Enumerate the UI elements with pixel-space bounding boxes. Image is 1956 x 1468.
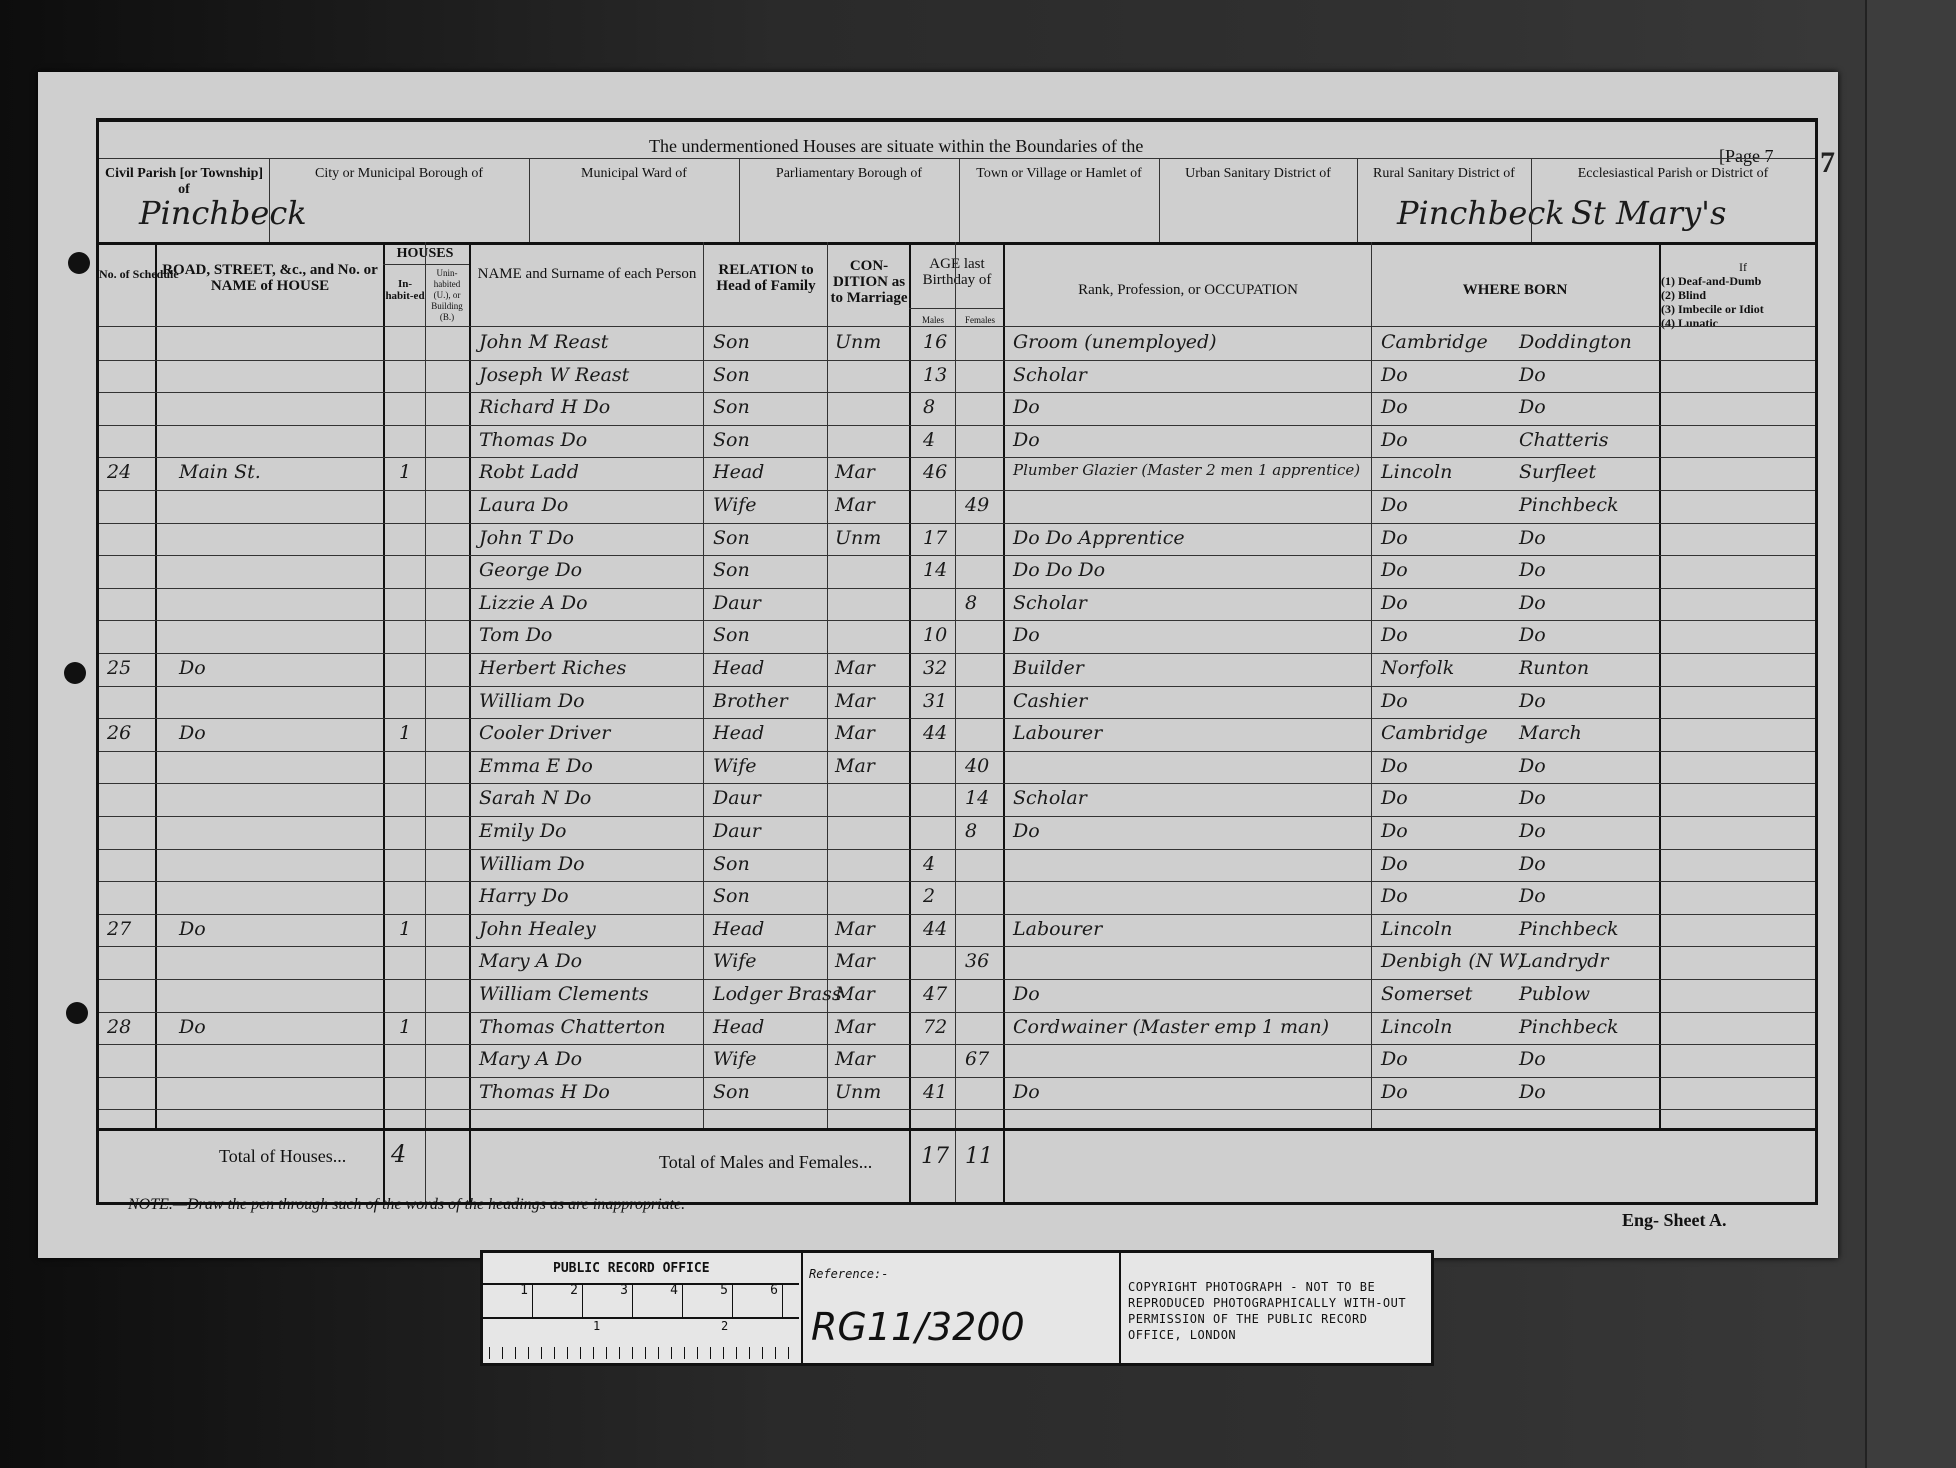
row-condition: Mar [835,461,875,483]
row-relation: Lodger Brass [713,983,842,1005]
table-row: Thomas H DoSonUnm41DoDoDo [99,1078,1815,1108]
row-schedule: 24 [107,461,131,483]
row-schedule: 25 [107,657,131,679]
row-female-age: 36 [965,950,989,972]
total-houses-label: Total of Houses... [219,1146,346,1167]
row-name: Herbert Riches [479,657,626,679]
column-divider [425,1128,426,1202]
table-row: Thomas DoSon4DoDoChatteris [99,426,1815,456]
row-relation: Son [713,429,750,451]
row-relation: Son [713,396,750,418]
row-name: John T Do [479,527,574,549]
row-condition: Mar [835,1048,875,1070]
row-born-county: Do [1381,429,1408,451]
row-relation: Wife [713,1048,757,1070]
divider [383,264,469,265]
col-inhabited: In-habit-ed [385,278,425,302]
divider [99,1128,1815,1131]
row-condition: Unm [835,331,881,353]
ruler-tick [697,1347,698,1359]
row-name: Harry Do [479,885,569,907]
row-born-place: Do [1519,853,1546,875]
col-condition: CON-DITION as to Marriage [829,258,909,306]
row-occupation: Cashier [1013,690,1087,712]
ruler-tick [541,1347,542,1359]
row-born-county: Do [1381,494,1408,516]
row-born-county: Do [1381,527,1408,549]
table-row: Emily DoDaur8DoDoDo [99,817,1815,847]
boundary-value: Pinchbeck [139,194,307,232]
page-label: [Page 7 [1719,146,1773,167]
row-condition: Mar [835,983,875,1005]
table-row: 27Do1John HealeyHeadMar44LabourerLincoln… [99,915,1815,945]
row-born-place: Do [1519,885,1546,907]
row-relation: Wife [713,494,757,516]
row-occupation: Scholar [1013,787,1087,809]
punch-hole [68,252,90,274]
scale-number: 3 [583,1283,633,1317]
row-born-place: Pinchbeck [1519,494,1619,516]
column-divider [1003,1128,1005,1202]
row-male-age: 17 [923,527,947,549]
row-born-place: Do [1519,396,1546,418]
row-occupation: Do Do Apprentice [1013,527,1185,549]
col-where-born: WHERE BORN [1373,282,1657,298]
ruler-tick [788,1347,789,1359]
row-relation: Brother [713,690,788,712]
table-row: 26Do1Cooler DriverHeadMar44LabourerCambr… [99,719,1815,749]
row-born-place: Publow [1519,983,1590,1005]
table-row: William DoSon4DoDo [99,850,1815,880]
census-form: The undermentioned Houses are situate wi… [96,118,1818,1205]
row-male-age: 4 [923,853,935,875]
row-relation: Daur [713,820,761,842]
row-inhabited: 1 [399,1016,411,1038]
row-male-age: 4 [923,429,935,451]
row-road: Do [179,722,206,744]
col-occupation: Rank, Profession, or OCCUPATION [1005,282,1371,298]
row-born-county: Do [1381,559,1408,581]
record-office-stamp: PUBLIC RECORD OFFICE 123456 12 Reference… [480,1250,1434,1366]
infirmity-option: (2) Blind [1661,288,1764,302]
row-relation: Daur [713,787,761,809]
row-born-place: March [1519,722,1582,744]
row-born-county: Do [1381,690,1408,712]
row-occupation: Do [1013,1081,1040,1103]
row-schedule: 26 [107,722,131,744]
ruler-tick [580,1347,581,1359]
row-schedule: 28 [107,1016,131,1038]
table-row: John M ReastSonUnm16Groom (unemployed)Ca… [99,328,1815,358]
table-row: Laura DoWifeMar49DoPinchbeck [99,491,1815,521]
row-name: Joseph W Reast [479,364,629,386]
row-born-place: Do [1519,624,1546,646]
folio-number: 7 [1820,146,1835,180]
row-born-place: Do [1519,820,1546,842]
row-born-county: Do [1381,755,1408,777]
row-road: Do [179,657,206,679]
row-name: John M Reast [479,331,608,353]
row-occupation: Do Do Do [1013,559,1105,581]
ruler-tick [489,1347,490,1359]
row-born-place: Do [1519,527,1546,549]
row-name: Laura Do [479,494,568,516]
row-male-age: 16 [923,331,947,353]
row-born-county: Do [1381,820,1408,842]
row-born-county: Lincoln [1381,461,1452,483]
row-occupation: Builder [1013,657,1084,679]
row-born-place: Do [1519,592,1546,614]
row-born-place: Doddington [1519,331,1632,353]
row-name: Richard H Do [479,396,610,418]
punch-hole [64,662,86,684]
table-row: 25DoHerbert RichesHeadMar32BuilderNorfol… [99,654,1815,684]
ruler-tick [710,1347,711,1359]
row-relation: Head [713,918,764,940]
col-infirmity: (1) Deaf-and-Dumb(2) Blind(3) Imbecile o… [1661,274,1764,330]
row-born-county: Do [1381,787,1408,809]
row-name: Tom Do [479,624,552,646]
row-name: Robt Ladd [479,461,579,483]
row-born-county: Do [1381,396,1408,418]
table-row: Harry DoSon2DoDo [99,882,1815,912]
row-relation: Son [713,1081,750,1103]
scale-number: 1 [483,1283,533,1317]
column-divider [909,1128,911,1202]
row-male-age: 46 [923,461,947,483]
row-road: Main St. [179,461,261,483]
ruler-tick [736,1347,737,1359]
row-condition: Mar [835,950,875,972]
row-born-place: Chatteris [1519,429,1609,451]
row-name: William Do [479,690,585,712]
row-relation: Son [713,559,750,581]
reference-number: RG11/3200 [811,1305,1025,1349]
scale-number: 2 [533,1283,583,1317]
ruler-tick [658,1347,659,1359]
row-occupation: Do [1013,396,1040,418]
row-female-age: 8 [965,592,977,614]
row-relation: Head [713,722,764,744]
row-born-county: Norfolk [1381,657,1454,679]
row-male-age: 8 [923,396,935,418]
row-relation: Wife [713,755,757,777]
row-name: Sarah N Do [479,787,591,809]
row-condition: Mar [835,1016,875,1038]
table-row: William ClementsLodger BrassMar47DoSomer… [99,980,1815,1010]
row-relation: Wife [713,950,757,972]
total-females-value: 11 [965,1144,993,1169]
ruler-tick [619,1347,620,1359]
copyright-notice: COPYRIGHT PHOTOGRAPH - NOT TO BE REPRODU… [1128,1279,1418,1343]
row-female-age: 14 [965,787,989,809]
reference-label: Reference:- [809,1267,888,1281]
table-row: William DoBrotherMar31CashierDoDo [99,687,1815,717]
row-name: Emily Do [479,820,567,842]
row-condition: Mar [835,657,875,679]
row-inhabited: 1 [399,461,411,483]
row-born-place: Pinchbeck [1519,918,1619,940]
col-age: AGE last Birthday of [911,256,1003,288]
table-row: Lizzie A DoDaur8ScholarDoDo [99,589,1815,619]
ruler-ticks: 12 [483,1317,799,1359]
boundary-heading: City or Municipal Borough of [269,166,529,182]
ruler-tick [554,1347,555,1359]
sheet-label: Eng- Sheet A. [1622,1210,1727,1231]
col-infirmity-if: If [1739,260,1747,275]
row-occupation: Labourer [1013,918,1102,940]
table-row: Tom DoSon10DoDoDo [99,621,1815,651]
table-row: Emma E DoWifeMar40DoDo [99,752,1815,782]
ruler-tick [593,1347,594,1359]
book-binding [1865,0,1956,1468]
ruler-tick [502,1347,503,1359]
boundary-heading: Municipal Ward of [529,166,739,182]
ruler-tick [762,1347,763,1359]
row-born-county: Lincoln [1381,918,1452,940]
col-uninhabited: Unin-habited (U.), or Building (B.) [427,268,467,323]
row-condition: Mar [835,918,875,940]
banner-text: The undermentioned Houses are situate wi… [649,136,1143,157]
ruler-tick [515,1347,516,1359]
row-name: Lizzie A Do [479,592,588,614]
row-born-place: Pinchbeck [1519,1016,1619,1038]
row-relation: Son [713,624,750,646]
col-schedule: No. of Schedule [99,266,155,282]
row-born-place: Landrydr [1519,950,1608,972]
divider [909,308,1003,309]
row-name: William Do [479,853,585,875]
scale-section: PUBLIC RECORD OFFICE 123456 12 [483,1253,803,1363]
row-condition: Unm [835,527,881,549]
total-persons-label: Total of Males and Females... [659,1152,872,1173]
row-rule [99,1109,1815,1110]
row-road: Do [179,918,206,940]
row-relation: Head [713,461,764,483]
row-male-age: 14 [923,559,947,581]
ruler-tick [632,1347,633,1359]
reference-section: Reference:- RG11/3200 [801,1253,1121,1363]
ruler-tick [671,1347,672,1359]
table-row: John T DoSonUnm17Do Do ApprenticeDoDo [99,524,1815,554]
ruler-tick [645,1347,646,1359]
boundary-heading: Urban Sanitary District of [1159,166,1357,182]
row-occupation: Do [1013,820,1040,842]
row-male-age: 31 [923,690,947,712]
row-born-place: Do [1519,1081,1546,1103]
table-row: Mary A DoWifeMar36Denbigh (N W)Landrydr [99,947,1815,977]
ruler-tick [749,1347,750,1359]
row-occupation: Plumber Glazier (Master 2 men 1 apprenti… [1013,461,1360,479]
row-occupation: Do [1013,429,1040,451]
ruler-tick [567,1347,568,1359]
row-born-place: Do [1519,755,1546,777]
row-male-age: 2 [923,885,935,907]
row-name: Cooler Driver [479,722,610,744]
row-female-age: 40 [965,755,989,777]
row-born-place: Do [1519,690,1546,712]
row-born-place: Surfleet [1519,461,1596,483]
row-born-place: Do [1519,1048,1546,1070]
column-divider [469,1128,471,1202]
table-row: Mary A DoWifeMar67DoDo [99,1045,1815,1075]
row-name: Thomas Do [479,429,587,451]
row-relation: Son [713,331,750,353]
divider [99,242,1815,245]
col-road: ROAD, STREET, &c., and No. or NAME of HO… [157,262,383,294]
ruler-tick [528,1347,529,1359]
row-condition: Mar [835,755,875,777]
row-born-county: Somerset [1381,983,1472,1005]
boundary-value: St Mary's [1571,194,1726,232]
table-row: Joseph W ReastSon13ScholarDoDo [99,361,1815,391]
row-relation: Daur [713,592,761,614]
total-houses-value: 4 [391,1140,406,1168]
ruler-tick [775,1347,776,1359]
row-born-place: Do [1519,787,1546,809]
row-male-age: 10 [923,624,947,646]
row-male-age: 32 [923,657,947,679]
row-female-age: 8 [965,820,977,842]
table-row: Richard H DoSon8DoDoDo [99,393,1815,423]
ruler-tick [684,1347,685,1359]
row-inhabited: 1 [399,722,411,744]
divider [99,158,1815,159]
row-name: John Healey [479,918,596,940]
row-condition: Mar [835,690,875,712]
row-road: Do [179,1016,206,1038]
boundary-value: Pinchbeck [1397,194,1565,232]
scale-number: 4 [633,1283,683,1317]
ruler-tick [723,1347,724,1359]
row-occupation: Do [1013,624,1040,646]
row-name: William Clements [479,983,649,1005]
row-born-county: Denbigh (N W) [1381,950,1525,972]
row-born-county: Lincoln [1381,1016,1452,1038]
row-relation: Son [713,364,750,386]
row-relation: Head [713,657,764,679]
infirmity-option: (3) Imbecile or Idiot [1661,302,1764,316]
row-male-age: 41 [923,1081,947,1103]
ruler-number: 1 [593,1319,600,1333]
column-divider [955,1128,956,1202]
row-relation: Son [713,853,750,875]
instruction-note: NOTE.—Draw the pen through such of the w… [128,1196,685,1214]
row-occupation: Cordwainer (Master emp 1 man) [1013,1016,1329,1038]
ruler-number: 2 [721,1319,728,1333]
boundary-heading: Ecclesiastical Parish or District of [1531,166,1815,182]
table-row: 28Do1Thomas ChattertonHeadMar72Cordwaine… [99,1013,1815,1043]
row-relation: Son [713,885,750,907]
row-condition: Mar [835,722,875,744]
infirmity-option: (1) Deaf-and-Dumb [1661,274,1764,288]
row-born-county: Do [1381,592,1408,614]
divider [99,326,1815,327]
punch-hole [66,1002,88,1024]
row-occupation: Labourer [1013,722,1102,744]
row-relation: Head [713,1016,764,1038]
row-male-age: 47 [923,983,947,1005]
ruler-tick [606,1347,607,1359]
col-name: NAME and Surname of each Person [471,266,703,282]
column-divider [383,1128,385,1202]
row-born-county: Do [1381,1048,1408,1070]
row-inhabited: 1 [399,918,411,940]
office-label: PUBLIC RECORD OFFICE [553,1261,710,1276]
table-row: Sarah N DoDaur14ScholarDoDo [99,784,1815,814]
row-name: George Do [479,559,582,581]
row-relation: Son [713,527,750,549]
row-male-age: 13 [923,364,947,386]
row-occupation: Groom (unemployed) [1013,331,1217,353]
table-row: George DoSon14Do Do DoDoDo [99,556,1815,586]
row-born-place: Do [1519,559,1546,581]
row-name: Mary A Do [479,1048,582,1070]
boundary-heading: Rural Sanitary District of [1357,166,1531,182]
row-occupation: Do [1013,983,1040,1005]
row-condition: Unm [835,1081,881,1103]
row-name: Mary A Do [479,950,582,972]
row-name: Emma E Do [479,755,593,777]
row-occupation: Scholar [1013,364,1087,386]
boundary-heading: Parliamentary Borough of [739,166,959,182]
table-row: 24Main St.1Robt LaddHeadMar46Plumber Gla… [99,458,1815,488]
col-relation: RELATION to Head of Family [705,262,827,294]
scale-number: 5 [683,1283,733,1317]
row-born-county: Do [1381,624,1408,646]
row-male-age: 44 [923,722,947,744]
row-male-age: 72 [923,1016,947,1038]
row-born-place: Do [1519,364,1546,386]
row-born-county: Do [1381,364,1408,386]
row-condition: Mar [835,494,875,516]
row-male-age: 44 [923,918,947,940]
row-name: Thomas Chatterton [479,1016,666,1038]
row-born-county: Do [1381,885,1408,907]
row-female-age: 49 [965,494,989,516]
scale-number: 6 [733,1283,783,1317]
row-born-place: Runton [1519,657,1589,679]
row-born-county: Do [1381,1081,1408,1103]
row-name: Thomas H Do [479,1081,610,1103]
row-born-county: Cambridge [1381,722,1488,744]
total-males-value: 17 [921,1144,949,1169]
row-schedule: 27 [107,918,131,940]
row-born-county: Do [1381,853,1408,875]
boundary-heading: Town or Village or Hamlet of [959,166,1159,182]
row-occupation: Scholar [1013,592,1087,614]
row-born-county: Cambridge [1381,331,1488,353]
row-female-age: 67 [965,1048,989,1070]
